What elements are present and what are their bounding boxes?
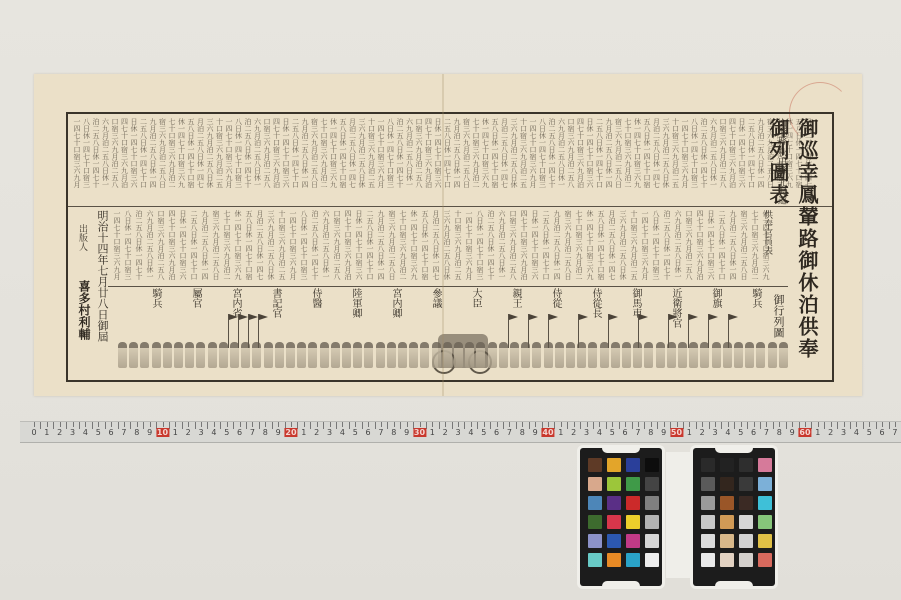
ruler-tick	[47, 422, 48, 427]
rider-figure	[488, 342, 497, 368]
text-column: 日休一四七十口宿三六	[281, 118, 290, 188]
ruler-number: 2	[700, 428, 705, 437]
text-column: 六九月泊二五八日休一	[557, 118, 566, 188]
checker-notch	[715, 581, 753, 586]
ruler-tick	[644, 422, 645, 429]
text-column: 宿三六九月泊二五八日	[614, 118, 623, 188]
color-patch	[701, 477, 715, 491]
rider-figure	[443, 342, 452, 368]
procession-rank-label: 侍從	[548, 288, 563, 308]
ruler-number: 6	[109, 428, 114, 437]
ruler-tick	[619, 422, 620, 429]
banner-flag-icon	[638, 314, 639, 348]
rider-figure	[476, 342, 485, 368]
ruler-tick	[599, 422, 600, 427]
ruler-tick	[709, 422, 710, 429]
text-column: 泊二五八日休一四七十	[486, 210, 495, 280]
color-patch	[645, 458, 659, 472]
text-column: 口宿三六九月泊二五八	[566, 118, 575, 188]
color-patch-grid	[701, 458, 772, 567]
rider-figure	[376, 342, 385, 368]
color-patch	[626, 496, 640, 510]
ruler-number: 5	[481, 428, 486, 437]
ruler-number: 4	[468, 428, 473, 437]
ruler-number: 8	[520, 428, 525, 437]
text-column: 月泊二五八日休一四七	[652, 118, 661, 188]
ruler-tick	[349, 422, 350, 429]
ruler-number: 8	[263, 428, 268, 437]
text-column: 五八日休一四七十口宿	[244, 210, 253, 280]
ruler-number: 2	[186, 428, 191, 437]
ruler-tick	[574, 422, 575, 427]
color-patch	[701, 553, 715, 567]
ruler-number: 3	[70, 428, 75, 437]
procession-rank-label: 參議	[428, 288, 443, 308]
rider-figure	[398, 342, 407, 368]
ruler-tick	[516, 422, 517, 429]
rider-figure	[689, 342, 698, 368]
text-column: 八日休一四七十口宿三	[538, 118, 547, 188]
text-column: 九月泊二五八日休一四	[376, 210, 385, 280]
text-column: 日休一四七十口宿三六	[737, 118, 746, 188]
text-column: 日休一四七十口宿三六	[433, 118, 442, 188]
ruler-number: 6	[237, 428, 242, 437]
text-column: 泊二五八日休一四七十	[662, 210, 671, 280]
ruler-tick	[355, 422, 356, 427]
ruler-tick	[387, 422, 388, 429]
text-column: 十口宿三六九月泊二五	[629, 210, 638, 280]
color-patch	[701, 496, 715, 510]
text-column: 一四七十口宿三六九月	[288, 210, 297, 280]
ruler-tick	[105, 422, 106, 429]
text-column: 六九月泊二五八日休一	[321, 210, 330, 280]
text-column: 日休一四七十口宿三六	[706, 210, 715, 280]
ruler-tick	[246, 422, 247, 429]
color-patch	[758, 458, 772, 472]
procession-rank-label: 近衛將官	[668, 288, 683, 328]
ruler-tick	[163, 422, 164, 427]
text-column: 四七十口宿三六九月泊	[728, 118, 737, 188]
ruler-tick	[304, 422, 305, 427]
ruler-number: 5	[867, 428, 872, 437]
text-column: 二五八日休一四七十口	[291, 118, 300, 188]
text-column: 月泊二五八日休一四七	[196, 118, 205, 188]
color-patch	[720, 477, 734, 491]
ruler-tick	[317, 422, 318, 427]
rider-figure	[331, 342, 340, 368]
text-column: 一四七十口宿三六九月	[464, 210, 473, 280]
ruler-tick	[445, 422, 446, 427]
ruler-number: 7	[635, 428, 640, 437]
color-patch	[645, 515, 659, 529]
text-column: 口宿三六九月泊二五八	[156, 210, 165, 280]
ruler-number: 50	[670, 428, 683, 437]
text-column: 口宿三六九月泊二五八	[684, 210, 693, 280]
ruler-tick	[272, 422, 273, 429]
text-column: 口宿三六九月泊二五八	[508, 210, 517, 280]
banner-flag-icon	[728, 314, 729, 348]
ruler-tick	[368, 422, 369, 427]
text-column: 十口宿三六九月泊二五	[453, 210, 462, 280]
ruler-tick	[182, 422, 183, 429]
text-column: 宿三六九月泊二五八日	[387, 210, 396, 280]
text-column: 泊二五八日休一四七十	[547, 118, 556, 188]
text-column: 日休一四七十口宿三六	[530, 210, 539, 280]
text-column: 月泊二五八日休一四七	[255, 210, 264, 280]
rider-figure	[566, 342, 575, 368]
procession-rank-label: 陸軍卿	[348, 288, 363, 318]
rider-figure	[163, 342, 172, 368]
ruler-number: 9	[147, 428, 152, 437]
text-column: 八日休一四七十口宿三	[123, 210, 132, 280]
color-patch	[720, 553, 734, 567]
ruler-tick	[831, 422, 832, 427]
text-column: 二五八日休一四七十口	[717, 210, 726, 280]
ruler-tick	[85, 422, 86, 427]
text-column: 一四七十口宿三六九月	[376, 118, 385, 188]
rider-figure	[499, 342, 508, 368]
text-column: 五八日休一四七十口宿	[490, 118, 499, 188]
color-patch	[626, 534, 640, 548]
text-column: 宿三六九月泊二五八日	[211, 210, 220, 280]
rider-figure	[387, 342, 396, 368]
text-column: 九月泊二五八日休一四	[728, 210, 737, 280]
color-patch	[607, 515, 621, 529]
text-column: 九月泊二五八日休一四	[552, 210, 561, 280]
ruler-tick	[786, 422, 787, 429]
text-column: 口宿三六九月泊二五八	[332, 210, 341, 280]
rider-figure	[342, 342, 351, 368]
color-patch	[739, 477, 753, 491]
color-patch	[739, 458, 753, 472]
ruler-tick	[201, 422, 202, 427]
color-patch	[739, 496, 753, 510]
ruler-tick	[651, 422, 652, 427]
procession-rank-label: 騎兵	[748, 288, 763, 308]
text-column: 四七十口宿三六九月泊	[167, 210, 176, 280]
rider-figure	[364, 342, 373, 368]
color-patch	[720, 496, 734, 510]
ruler-tick	[471, 422, 472, 427]
text-column: 一四七十口宿三六九月	[680, 118, 689, 188]
ruler-tick	[79, 422, 80, 429]
ruler-tick	[394, 422, 395, 427]
banner-flag-icon	[528, 314, 529, 348]
text-column: 七十口宿三六九月泊二	[222, 210, 231, 280]
color-checker-left	[580, 448, 662, 586]
ruler-number: 9	[404, 428, 409, 437]
text-column: 泊二五八日休一四七十	[699, 118, 708, 188]
ruler-tick	[895, 422, 896, 427]
ruler-number: 4	[340, 428, 345, 437]
color-patch	[626, 553, 640, 567]
ruler-number: 30	[413, 428, 426, 437]
ruler-tick	[638, 422, 639, 427]
ruler-tick	[837, 422, 838, 429]
ruler-tick	[214, 422, 215, 427]
text-column: 九月泊二五八日休一四	[604, 118, 613, 188]
ruler-tick	[805, 422, 806, 427]
color-patch	[607, 553, 621, 567]
banner-flag-icon	[548, 314, 549, 348]
text-column: 口宿三六九月泊二五八	[414, 118, 423, 188]
banner-flag-icon	[258, 314, 259, 348]
color-patch	[626, 458, 640, 472]
rider-figure	[353, 342, 362, 368]
ruler-number: 1	[815, 428, 820, 437]
text-column: 八日休一四七十口宿三	[234, 118, 243, 188]
rider-figure	[745, 342, 754, 368]
ruler-tick	[593, 422, 594, 429]
text-column: 休一四七十口宿三六九	[585, 210, 594, 280]
ruler-tick	[503, 422, 504, 429]
ruler-number: 6	[751, 428, 756, 437]
ruler-tick	[92, 422, 93, 429]
publisher-colophon: 明治十四年七月廿八日御屆 出版人 喜多村利輔	[72, 210, 108, 376]
text-column: 八日休一四七十口宿三	[690, 118, 699, 188]
ruler-tick	[118, 422, 119, 429]
rider-figure	[734, 342, 743, 368]
ruler-tick	[124, 422, 125, 427]
color-checker-right	[693, 448, 775, 586]
rider-figure	[644, 342, 653, 368]
text-column: 宿三六九月泊二五八日	[310, 118, 319, 188]
procession-rank-label: 侍從長	[588, 288, 603, 318]
rider-figure	[118, 342, 127, 368]
text-column: 十口宿三六九月泊二五	[215, 118, 224, 188]
ruler-number: 20	[284, 428, 297, 437]
text-column: 一四七十口宿三六九月	[528, 118, 537, 188]
color-patch	[645, 553, 659, 567]
color-patch	[645, 477, 659, 491]
banner-flag-icon	[708, 314, 709, 348]
ruler-tick	[792, 422, 793, 427]
ruler-tick	[522, 422, 523, 427]
text-column: 休一四七十口宿三六九	[481, 118, 490, 188]
ruler-tick	[484, 422, 485, 427]
text-column: 宿三六九月泊二五八日	[158, 118, 167, 188]
text-column: 三六九月泊二五八日休	[266, 210, 275, 280]
ruler-tick	[291, 422, 292, 427]
rider-figure	[712, 342, 721, 368]
text-column: 日休一四七十口宿三六	[585, 118, 594, 188]
color-patch	[758, 553, 772, 567]
ruler-tick	[702, 422, 703, 427]
text-column: 三六九月泊二五八日休	[618, 210, 627, 280]
text-column: 五八日休一四七十口宿	[338, 118, 347, 188]
ruler-tick	[420, 422, 421, 427]
color-patch	[607, 534, 621, 548]
ruler-tick	[728, 422, 729, 427]
ruler-number: 5	[353, 428, 358, 437]
ruler-tick	[632, 422, 633, 429]
ruler-tick	[143, 422, 144, 429]
rider-figure	[555, 342, 564, 368]
rider-figure	[510, 342, 519, 368]
rider-figure	[678, 342, 687, 368]
ruler-number: 60	[798, 428, 811, 437]
ruler-number: 0	[31, 428, 36, 437]
text-column: 口宿三六九月泊二五八	[262, 118, 271, 188]
color-patch	[739, 515, 753, 529]
color-patch	[588, 458, 602, 472]
color-patch	[588, 496, 602, 510]
text-column: 宿三六九月泊二五八日	[462, 118, 471, 188]
ruler-number: 7	[764, 428, 769, 437]
ruler-tick	[220, 422, 221, 429]
ruler-number: 6	[366, 428, 371, 437]
procession-label: 御行列圖	[770, 294, 786, 338]
rider-figure	[208, 342, 217, 368]
text-column: 二五八日休一四七十口	[747, 118, 756, 188]
ruler-tick	[407, 422, 408, 427]
ruler-tick	[509, 422, 510, 427]
text-column: 七十口宿三六九月泊二	[167, 118, 176, 188]
text-column: 休一四七十口宿三六九	[633, 118, 642, 188]
rider-figure	[252, 342, 261, 368]
ruler-tick	[375, 422, 376, 429]
text-column: 四七十口宿三六九月泊	[343, 210, 352, 280]
ruler-number: 9	[661, 428, 666, 437]
ruler-number: 3	[584, 428, 589, 437]
ruler-tick	[265, 422, 266, 427]
color-patch	[758, 477, 772, 491]
color-patch	[701, 458, 715, 472]
publisher-name: 喜多村利輔	[76, 280, 93, 340]
ruler-tick	[741, 422, 742, 427]
rider-figure	[264, 342, 273, 368]
ruler-tick	[677, 422, 678, 427]
procession-rank-label: 宮内卿	[388, 288, 403, 318]
ruler-number: 8	[391, 428, 396, 437]
ruler-tick	[657, 422, 658, 429]
rider-figure	[656, 342, 665, 368]
rider-figure	[779, 342, 788, 368]
text-column: 五八日休一四七十口宿	[642, 118, 651, 188]
ruler-number: 7	[378, 428, 383, 437]
rider-figure	[320, 342, 329, 368]
text-column: 七十口宿三六九月泊二	[398, 210, 407, 280]
ruler-tick	[844, 422, 845, 427]
checker-notch	[602, 448, 640, 453]
text-column: 九月泊二五八日休一四	[452, 118, 461, 188]
text-column: 泊二五八日休一四七十	[91, 118, 100, 188]
ruler-number: 4	[211, 428, 216, 437]
text-column: 六九月泊二五八日休一	[673, 210, 682, 280]
text-column: 四七十口宿三六九月泊	[120, 118, 129, 188]
text-column: 六九月泊二五八日休一	[253, 118, 262, 188]
ruler-tick	[850, 422, 851, 429]
color-patch	[720, 458, 734, 472]
ruler-number: 2	[828, 428, 833, 437]
color-patch	[720, 534, 734, 548]
ruler-tick	[876, 422, 877, 429]
color-patch	[626, 477, 640, 491]
ruler-tick	[779, 422, 780, 427]
ruler-tick	[66, 422, 67, 429]
ruler-tick	[715, 422, 716, 427]
rider-figure	[409, 342, 418, 368]
rider-figure	[756, 342, 765, 368]
text-column: 二五八日休一四七十口	[443, 118, 452, 188]
ruler-tick	[612, 422, 613, 427]
text-column: 八日休一四七十口宿三	[82, 118, 91, 188]
subhead-regions: 山形縣 秋田縣 北海道	[775, 118, 788, 205]
rider-figure	[611, 342, 620, 368]
ruler-tick	[53, 422, 54, 429]
ruler-tick	[464, 422, 465, 429]
text-column: 五八日休一四七十口宿	[596, 210, 605, 280]
rider-figure	[286, 342, 295, 368]
ruler-tick	[330, 422, 331, 427]
ruler-number: 4	[597, 428, 602, 437]
ruler-tick	[98, 422, 99, 427]
ruler-tick	[529, 422, 530, 429]
text-column: 十口宿三六九月泊二五	[367, 118, 376, 188]
ruler-number: 2	[57, 428, 62, 437]
rider-figure	[275, 342, 284, 368]
ruler-tick	[773, 422, 774, 429]
ruler-tick	[869, 422, 870, 427]
ruler-number: 9	[533, 428, 538, 437]
ruler-tick	[606, 422, 607, 429]
text-column: 二五八日休一四七十口	[365, 210, 374, 280]
ruler-tick	[175, 422, 176, 427]
banner-flag-icon	[608, 314, 609, 348]
text-column: 十口宿三六九月泊二五	[519, 118, 528, 188]
text-column: 泊二五八日休一四七十	[134, 210, 143, 280]
text-column: 六九月泊二五八日休一	[497, 210, 506, 280]
ruler-number: 3	[456, 428, 461, 437]
ruler-tick	[580, 422, 581, 429]
text-column: 日休一四七十口宿三六	[354, 210, 363, 280]
rider-figure	[588, 342, 597, 368]
rider-figure	[152, 342, 161, 368]
banner-flag-icon	[508, 314, 509, 348]
woodblock-print-sheet: 一四七十口宿三六九月八日休一四七十口宿三泊二五八日休一四七十六九月泊二五八日休一…	[34, 74, 862, 396]
text-column: 六九月泊二五八日休一	[405, 118, 414, 188]
itinerary-table: 一四七十口宿三六九月八日休一四七十口宿三泊二五八日休一四七十六九月泊二五八日休一…	[68, 114, 832, 207]
ruler-number: 4	[83, 428, 88, 437]
text-column: 口宿三六九月泊二五八	[718, 118, 727, 188]
ruler-tick	[824, 422, 825, 429]
text-column: 二五八日休一四七十口	[139, 118, 148, 188]
banner-flag-icon	[238, 314, 239, 348]
ruler-tick	[400, 422, 401, 429]
ruler-number: 9	[790, 428, 795, 437]
text-column: 七十口宿三六九月泊二	[471, 118, 480, 188]
text-column: 四七十口宿三六九月泊	[272, 118, 281, 188]
text-column: 泊二五八日休一四七十	[310, 210, 319, 280]
ruler-tick	[73, 422, 74, 427]
text-column: 三六九月泊二五八日休	[661, 118, 670, 188]
ruler-number: 40	[541, 428, 554, 437]
ruler-number: 2	[443, 428, 448, 437]
color-patch	[758, 534, 772, 548]
procession-rank-label: 侍醫	[308, 288, 323, 308]
checker-notch	[602, 581, 640, 586]
ruler-number: 6	[880, 428, 885, 437]
ruler-tick	[150, 422, 151, 427]
text-column: 十口宿三六九月泊二五	[671, 118, 680, 188]
ruler-tick	[233, 422, 234, 429]
rider-figure	[420, 342, 429, 368]
ruler-tick	[188, 422, 189, 427]
text-column: 九月泊二五八日休一四	[300, 118, 309, 188]
color-patch	[720, 515, 734, 529]
banner-flag-icon	[688, 314, 689, 348]
color-patch	[626, 515, 640, 529]
